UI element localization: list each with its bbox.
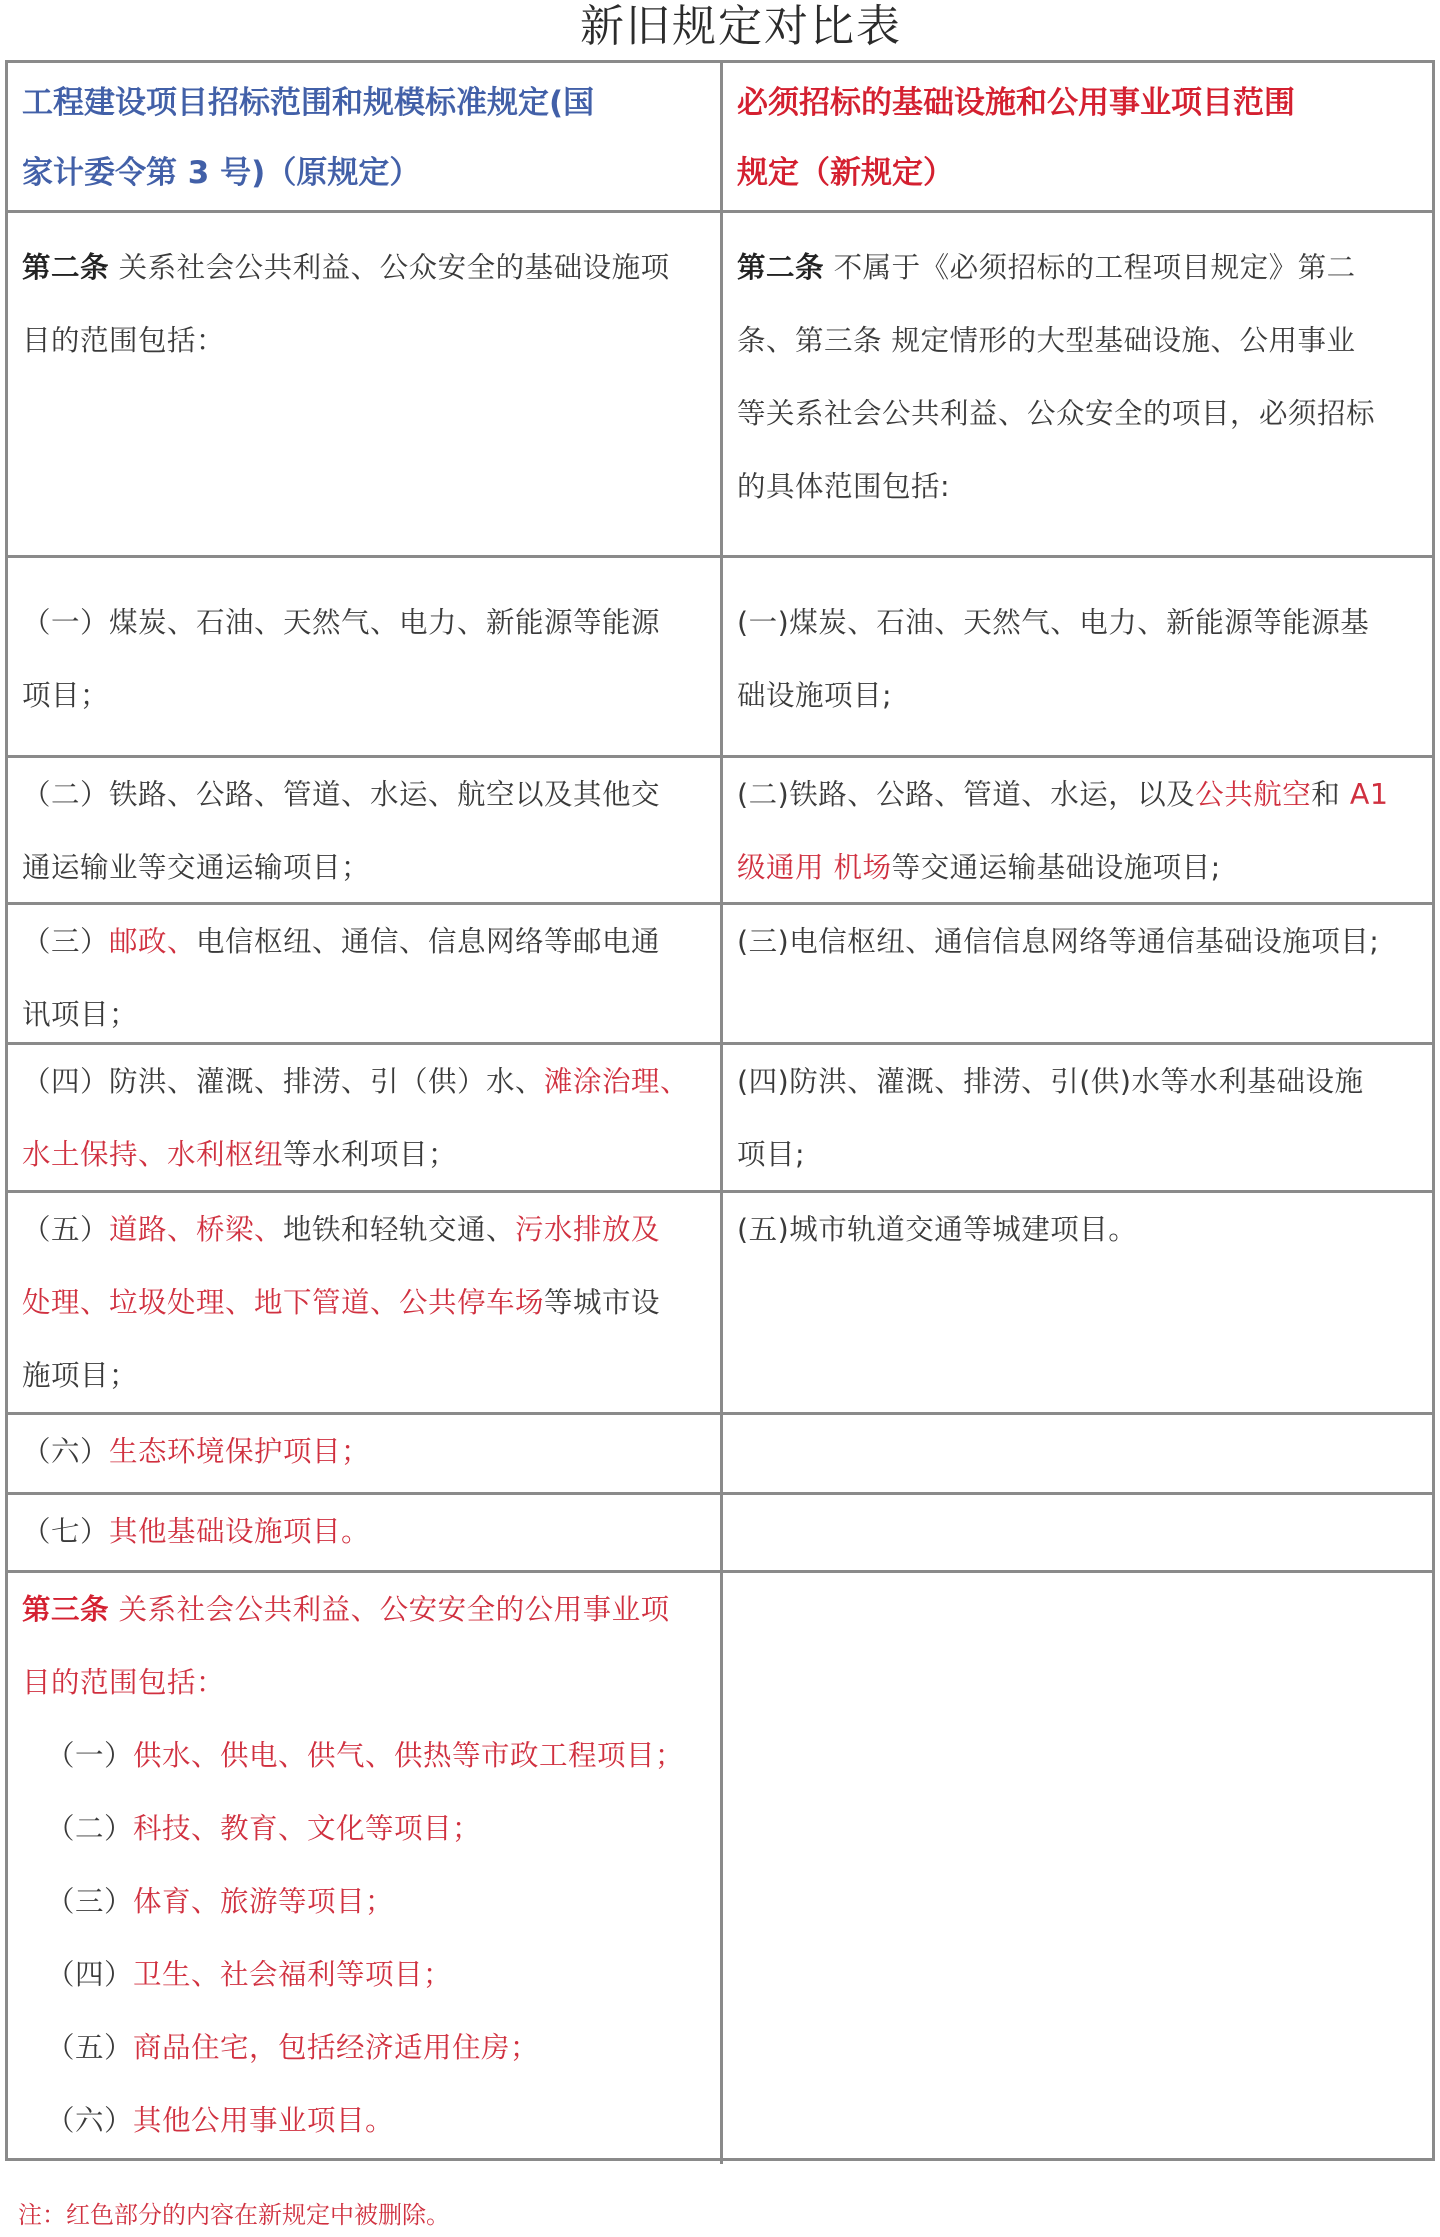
deleted-text: 目的范围包括： — [22, 1646, 706, 1719]
old-item-urban: （五）道路、桥梁、地铁和轻轨交通、污水排放及 处理、垃圾处理、地下管道、公共停车… — [8, 1193, 723, 1412]
old-item-energy: （一）煤炭、石油、天然气、电力、新能源等能源 项目； — [8, 558, 723, 755]
old-article2-cell: 第二条 关系社会公共利益、公众安全的基础设施项 目的范围包括： — [8, 213, 723, 555]
list-item: （四）卫生、社会福利等项目； — [22, 1938, 706, 2011]
cell-text: 通运输业等交通运输项目； — [22, 831, 706, 904]
deleted-text: 道路、桥梁、 — [109, 1213, 283, 1246]
cell-text: 等水利项目； — [283, 1138, 457, 1171]
deleted-text: 供水、供电、供气、供热等市政工程项目； — [133, 1739, 684, 1772]
new-item-telecom: (三)电信枢纽、通信信息网络等通信基础设施项目; — [723, 905, 1432, 1042]
cell-text: 讯项目； — [22, 978, 706, 1051]
old-item-transport: （二）铁路、公路、管道、水运、航空以及其他交 通运输业等交通运输项目； — [8, 758, 723, 902]
deleted-text: 科技、教育、文化等项目； — [133, 1812, 481, 1845]
table-row: （四）防洪、灌溉、排涝、引（供）水、滩涂治理、 水土保持、水利枢纽等水利项目； … — [8, 1045, 1432, 1193]
comparison-table: 工程建设项目招标范围和规模标准规定(国 家计委令第 3 号)（原规定） 必须招标… — [5, 60, 1435, 2161]
header-new-line1: 必须招标的基础设施和公用事业项目范围 — [737, 68, 1418, 138]
list-item: （一）供水、供电、供气、供热等市政工程项目； — [22, 1719, 706, 1792]
deleted-text: 级通用 机场 — [737, 851, 892, 884]
deleted-text: 其他公用事业项目。 — [133, 2104, 394, 2137]
cell-text: 施项目； — [22, 1339, 706, 1412]
new-article2-cell: 第二条 不属于《必须招标的工程项目规定》第二 条、第三条 规定情形的大型基础设施… — [723, 213, 1432, 555]
cell-text: 等交通运输基础设施项目; — [892, 851, 1221, 884]
table-header-row: 工程建设项目招标范围和规模标准规定(国 家计委令第 3 号)（原规定） 必须招标… — [8, 63, 1432, 213]
cell-text: （五） — [22, 1213, 109, 1246]
new-item-water: (四)防洪、灌溉、排涝、引(供)水等水利基础设施 项目; — [723, 1045, 1432, 1190]
deleted-text: 处理、垃圾处理、地下管道、公共停车场 — [22, 1286, 544, 1319]
cell-text: （一）煤炭、石油、天然气、电力、新能源等能源 — [22, 586, 706, 659]
cell-text: 项目； — [22, 659, 706, 732]
header-new-line2: 规定（新规定） — [737, 138, 1418, 208]
cell-text: 地铁和轻轨交通、 — [283, 1213, 515, 1246]
cell-text: 目的范围包括： — [22, 304, 706, 377]
footnote: 注：红色部分的内容在新规定中被删除。 — [18, 2195, 450, 2235]
deleted-text: 邮政、 — [109, 925, 196, 958]
cell-text: 条、第三条 规定情形的大型基础设施、公用事业 — [737, 304, 1418, 377]
header-old-regulation: 工程建设项目招标范围和规模标准规定(国 家计委令第 3 号)（原规定） — [8, 63, 723, 210]
deleted-text: 滩涂治理、 — [544, 1065, 689, 1098]
deleted-text: 卫生、社会福利等项目； — [133, 1958, 452, 1991]
old-item-ecology: （六）生态环境保护项目； — [8, 1415, 723, 1492]
cell-text: （六） — [22, 1435, 109, 1468]
cell-text: 等关系社会公共利益、公众安全的项目，必须招标 — [737, 377, 1418, 450]
table-row: （六）生态环境保护项目； — [8, 1415, 1432, 1495]
deleted-text: 商品住宅，包括经济适用住房； — [133, 2031, 539, 2064]
cell-text: （二）铁路、公路、管道、水运、航空以及其他交 — [22, 758, 706, 831]
header-old-line2: 家计委令第 3 号)（原规定） — [22, 138, 706, 208]
old-item-other-infra: （七）其他基础设施项目。 — [8, 1495, 723, 1570]
cell-text: 础设施项目; — [737, 659, 1418, 732]
table-row: （七）其他基础设施项目。 — [8, 1495, 1432, 1573]
page-title: 新旧规定对比表 — [0, 0, 1440, 58]
new-empty-cell — [723, 1495, 1432, 1570]
old-item-telecom: （三）邮政、电信枢纽、通信、信息网络等邮电通 讯项目； — [8, 905, 723, 1042]
old-article3-cell: 第三条 关系社会公共利益、公安安全的公用事业项 目的范围包括： （一）供水、供电… — [8, 1573, 723, 2164]
cell-text: (二)铁路、公路、管道、水运，以及 — [737, 778, 1195, 811]
new-item-urban: (五)城市轨道交通等城建项目。 — [723, 1193, 1432, 1412]
cell-text: 项目; — [737, 1118, 1418, 1191]
cell-text: (一)煤炭、石油、天然气、电力、新能源等能源基 — [737, 586, 1418, 659]
cell-text: 关系社会公共利益、公众安全的基础设施项 — [109, 251, 670, 284]
article-label: 第三条 — [22, 1593, 109, 1626]
table-row: （二）铁路、公路、管道、水运、航空以及其他交 通运输业等交通运输项目； (二)铁… — [8, 758, 1432, 905]
cell-text: 的具体范围包括: — [737, 450, 1418, 523]
cell-text: 等城市设 — [544, 1286, 660, 1319]
table-row: （三）邮政、电信枢纽、通信、信息网络等邮电通 讯项目； (三)电信枢纽、通信信息… — [8, 905, 1432, 1045]
deleted-text: 水土保持、水利枢纽 — [22, 1138, 283, 1171]
cell-text: 和 — [1311, 778, 1350, 811]
list-item: （二）科技、教育、文化等项目； — [22, 1792, 706, 1865]
deleted-text: A1 — [1350, 778, 1389, 811]
table-row: （五）道路、桥梁、地铁和轻轨交通、污水排放及 处理、垃圾处理、地下管道、公共停车… — [8, 1193, 1432, 1415]
header-old-line1: 工程建设项目招标范围和规模标准规定(国 — [22, 68, 706, 138]
cell-text: (五)城市轨道交通等城建项目。 — [737, 1193, 1418, 1266]
cell-text: (四)防洪、灌溉、排涝、引(供)水等水利基础设施 — [737, 1045, 1418, 1118]
article-label: 第二条 — [737, 251, 824, 284]
list-item: （五）商品住宅，包括经济适用住房； — [22, 2011, 706, 2084]
cell-text: （七） — [22, 1515, 109, 1548]
deleted-text: 其他基础设施项目。 — [109, 1515, 370, 1548]
deleted-text: 体育、旅游等项目； — [133, 1885, 394, 1918]
deleted-text: 公共航空 — [1195, 778, 1311, 811]
cell-text: (三)电信枢纽、通信信息网络等通信基础设施项目; — [737, 905, 1418, 978]
table-row: 第三条 关系社会公共利益、公安安全的公用事业项 目的范围包括： （一）供水、供电… — [8, 1573, 1432, 2164]
new-item-transport: (二)铁路、公路、管道、水运，以及公共航空和 A1 级通用 机场等交通运输基础设… — [723, 758, 1432, 902]
cell-text: 不属于《必须招标的工程项目规定》第二 — [824, 251, 1356, 284]
deleted-text: 关系社会公共利益、公安安全的公用事业项 — [109, 1593, 670, 1626]
new-item-energy: (一)煤炭、石油、天然气、电力、新能源等能源基 础设施项目; — [723, 558, 1432, 755]
cell-text: （三） — [22, 925, 109, 958]
deleted-text: 生态环境保护项目； — [109, 1435, 370, 1468]
new-empty-cell — [723, 1415, 1432, 1492]
new-empty-cell — [723, 1573, 1432, 2164]
cell-text: （四）防洪、灌溉、排涝、引（供）水、 — [22, 1065, 544, 1098]
old-item-water: （四）防洪、灌溉、排涝、引（供）水、滩涂治理、 水土保持、水利枢纽等水利项目； — [8, 1045, 723, 1190]
article-label: 第二条 — [22, 251, 109, 284]
cell-text: 电信枢纽、通信、信息网络等邮电通 — [196, 925, 660, 958]
header-new-regulation: 必须招标的基础设施和公用事业项目范围 规定（新规定） — [723, 63, 1432, 210]
list-item: （三）体育、旅游等项目； — [22, 1865, 706, 1938]
deleted-text: 污水排放及 — [515, 1213, 660, 1246]
table-row: （一）煤炭、石油、天然气、电力、新能源等能源 项目； (一)煤炭、石油、天然气、… — [8, 558, 1432, 758]
list-item: （六）其他公用事业项目。 — [22, 2084, 706, 2157]
table-row: 第二条 关系社会公共利益、公众安全的基础设施项 目的范围包括： 第二条 不属于《… — [8, 213, 1432, 558]
